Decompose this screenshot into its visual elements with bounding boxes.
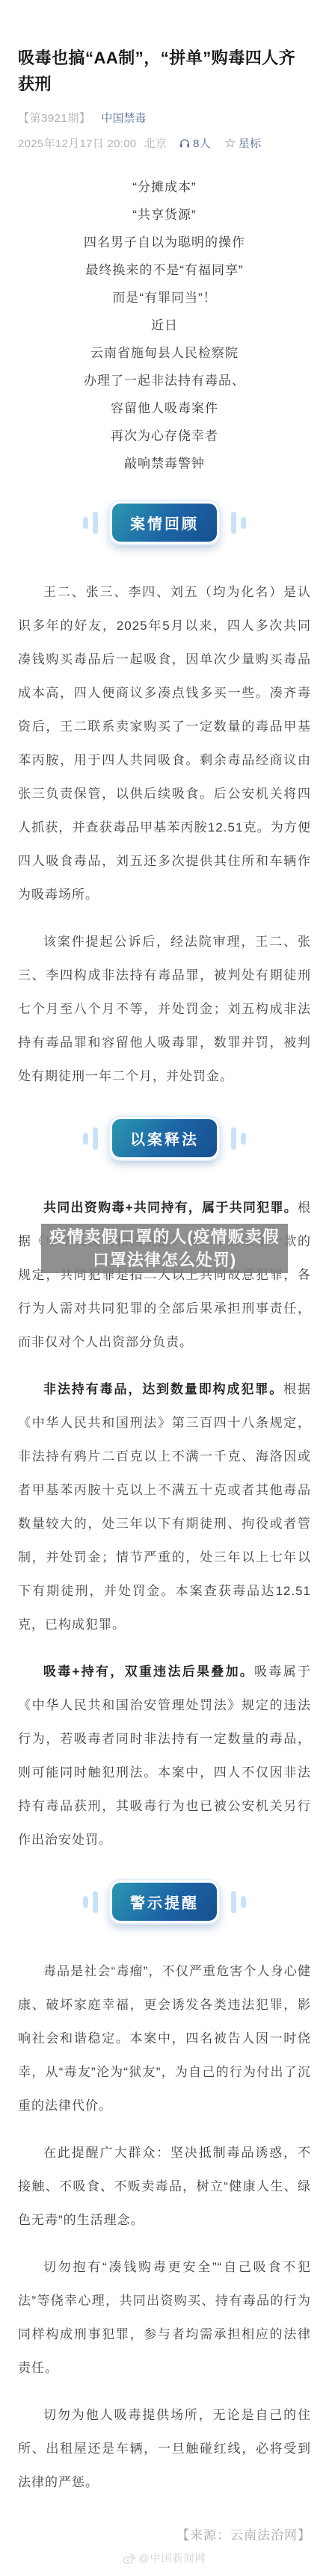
issue-number: 【第3921期】 bbox=[18, 111, 90, 126]
badge-tick-icon bbox=[83, 517, 88, 529]
badge-tick-icon bbox=[83, 1896, 88, 1908]
law-paragraph-lead: 吸毒+持有，双重违法后果叠加。 bbox=[43, 1665, 254, 1679]
intro-line: 办理了一起非法持有毒品、 bbox=[18, 367, 311, 394]
law-paragraph: 共同出资购毒+共同持有，属于共同犯罪。根据《中华人民共和国刑法》第二十五条第一款… bbox=[18, 1191, 311, 1359]
account-link[interactable]: 中国禁毒 bbox=[101, 111, 146, 126]
story-paragraph: 王二、张三、李四、刘五（均为化名）是认识多年的好友，2025年5月以来，四人多次… bbox=[18, 575, 311, 911]
badge-tick-icon bbox=[93, 1891, 98, 1913]
law-paragraph-body: 吸毒属于《中华人民共和国治安管理处罚法》规定的违法行为，若吸毒者同时非法持有一定… bbox=[18, 1665, 311, 1847]
badge-tick-icon bbox=[241, 1133, 246, 1145]
intro-line: 近日 bbox=[18, 312, 311, 339]
meta-row-issue: 【第3921期】 中国禁毒 bbox=[18, 111, 311, 126]
law-paragraph-body: 根据《中华人民共和国刑法》第三百四十八条规定，非法持有鸦片二百克以上不满一千克、… bbox=[18, 1382, 311, 1632]
intro-line: 最终换来的不是“有福同享” bbox=[18, 256, 311, 284]
star-icon: ☆ bbox=[224, 137, 236, 149]
badge-tick-icon bbox=[231, 1891, 236, 1913]
intro-line: 四名男子自以为聪明的操作 bbox=[18, 229, 311, 256]
law-paragraph-body: 根据《中华人民共和国刑法》第二十五条第一款的规定，共同犯罪是指二人以上共同故意犯… bbox=[18, 1201, 311, 1349]
star-label: 星标 bbox=[239, 135, 262, 151]
warning-paragraph: 在此提醒广大群众：坚决抵制毒品诱惑，不接触、不吸食、不贩卖毒品，树立“健康人生、… bbox=[18, 2136, 311, 2237]
intro-line: “分摊成本” bbox=[18, 173, 311, 201]
law-paragraph-lead: 非法持有毒品，达到数量即构成犯罪。 bbox=[43, 1382, 283, 1396]
warning-paragraph: 毒品是社会“毒瘤”，不仅严重危害个人身心健康、破坏家庭幸福，更会诱发各类违法犯罪… bbox=[18, 1954, 311, 2123]
badge-tick-icon bbox=[93, 512, 98, 534]
section-badge-warning: 警示提醒 bbox=[18, 1880, 311, 1923]
source-credit: 【来源：云南法治网】 bbox=[18, 2524, 311, 2543]
law-paragraph-lead: 共同出资购毒+共同持有，属于共同犯罪。 bbox=[43, 1201, 298, 1215]
section-badge-law-explain: 以案释法 bbox=[18, 1117, 311, 1159]
badge-tick-icon bbox=[83, 1133, 88, 1145]
headphones-icon bbox=[179, 137, 191, 149]
listen-control[interactable]: 8人 bbox=[179, 135, 211, 151]
intro-block: “分摊成本” “共享货源” 四名男子自以为聪明的操作 最终换来的不是“有福同享”… bbox=[18, 173, 311, 477]
badge-tick-icon bbox=[93, 1127, 98, 1150]
publish-date: 2025年12月17日 20:00 bbox=[18, 135, 137, 151]
publish-location: 北京 bbox=[144, 135, 167, 151]
badge-tick-icon bbox=[231, 512, 236, 534]
weibo-icon bbox=[123, 2553, 135, 2564]
article-page: 吸毒也搞“AA制”，“拼单”购毒四人齐获刑 【第3921期】 中国禁毒 2025… bbox=[0, 0, 329, 2576]
law-paragraph: 非法持有毒品，达到数量即构成犯罪。根据《中华人民共和国刑法》第三百四十八条规定，… bbox=[18, 1372, 311, 1641]
badge-label: 案情回顾 bbox=[110, 501, 219, 544]
law-paragraph: 吸毒+持有，双重违法后果叠加。吸毒属于《中华人民共和国治安管理处罚法》规定的违法… bbox=[18, 1655, 311, 1857]
badge-tick-icon bbox=[241, 1896, 246, 1908]
overlay-watermark: 疫情卖假口罩的人(疫情贩卖假口罩法律怎么处罚) bbox=[41, 1224, 288, 1273]
meta-row-date: 2025年12月17日 20:00 北京 8人 ☆ 星标 bbox=[18, 135, 311, 151]
warning-paragraph: 切勿抱有“凑钱购毒更安全”“自己吸食不犯法”等侥幸心理，共同出资购买、持有毒品的… bbox=[18, 2250, 311, 2385]
badge-tick-icon bbox=[241, 517, 246, 529]
article-title: 吸毒也搞“AA制”，“拼单”购毒四人齐获刑 bbox=[18, 45, 311, 97]
badge-label: 以案释法 bbox=[110, 1117, 219, 1159]
star-button[interactable]: ☆ 星标 bbox=[224, 135, 261, 151]
badge-label: 警示提醒 bbox=[110, 1880, 219, 1923]
intro-line: 再次为心存侥幸者 bbox=[18, 422, 311, 450]
intro-line: “共享货源” bbox=[18, 201, 311, 229]
intro-line: 敲响禁毒警钟 bbox=[18, 450, 311, 477]
bottom-watermark-text: @中国新闻网 bbox=[138, 2551, 206, 2566]
law-paragraph-wrapper: 共同出资购毒+共同持有，属于共同犯罪。根据《中华人民共和国刑法》第二十五条第一款… bbox=[18, 1191, 311, 1359]
listen-count: 8人 bbox=[193, 135, 211, 151]
intro-line: 而是“有罪同当”！ bbox=[18, 284, 311, 312]
intro-line: 容留他人吸毒案件 bbox=[18, 394, 311, 422]
story-paragraph: 该案件提起公诉后，经法院审理，王二、张三、李四构成非法持有毒品罪，被判处有期徒刑… bbox=[18, 925, 311, 1093]
badge-tick-icon bbox=[231, 1127, 236, 1150]
section-badge-case-review: 案情回顾 bbox=[18, 501, 311, 544]
warning-paragraph: 切勿为他人吸毒提供场所，无论是自己的住所、出租屋还是车辆，一旦触碰红线，必将受到… bbox=[18, 2398, 311, 2499]
intro-line: 云南省施甸县人民检察院 bbox=[18, 339, 311, 367]
bottom-watermark: @中国新闻网 bbox=[18, 2551, 311, 2566]
